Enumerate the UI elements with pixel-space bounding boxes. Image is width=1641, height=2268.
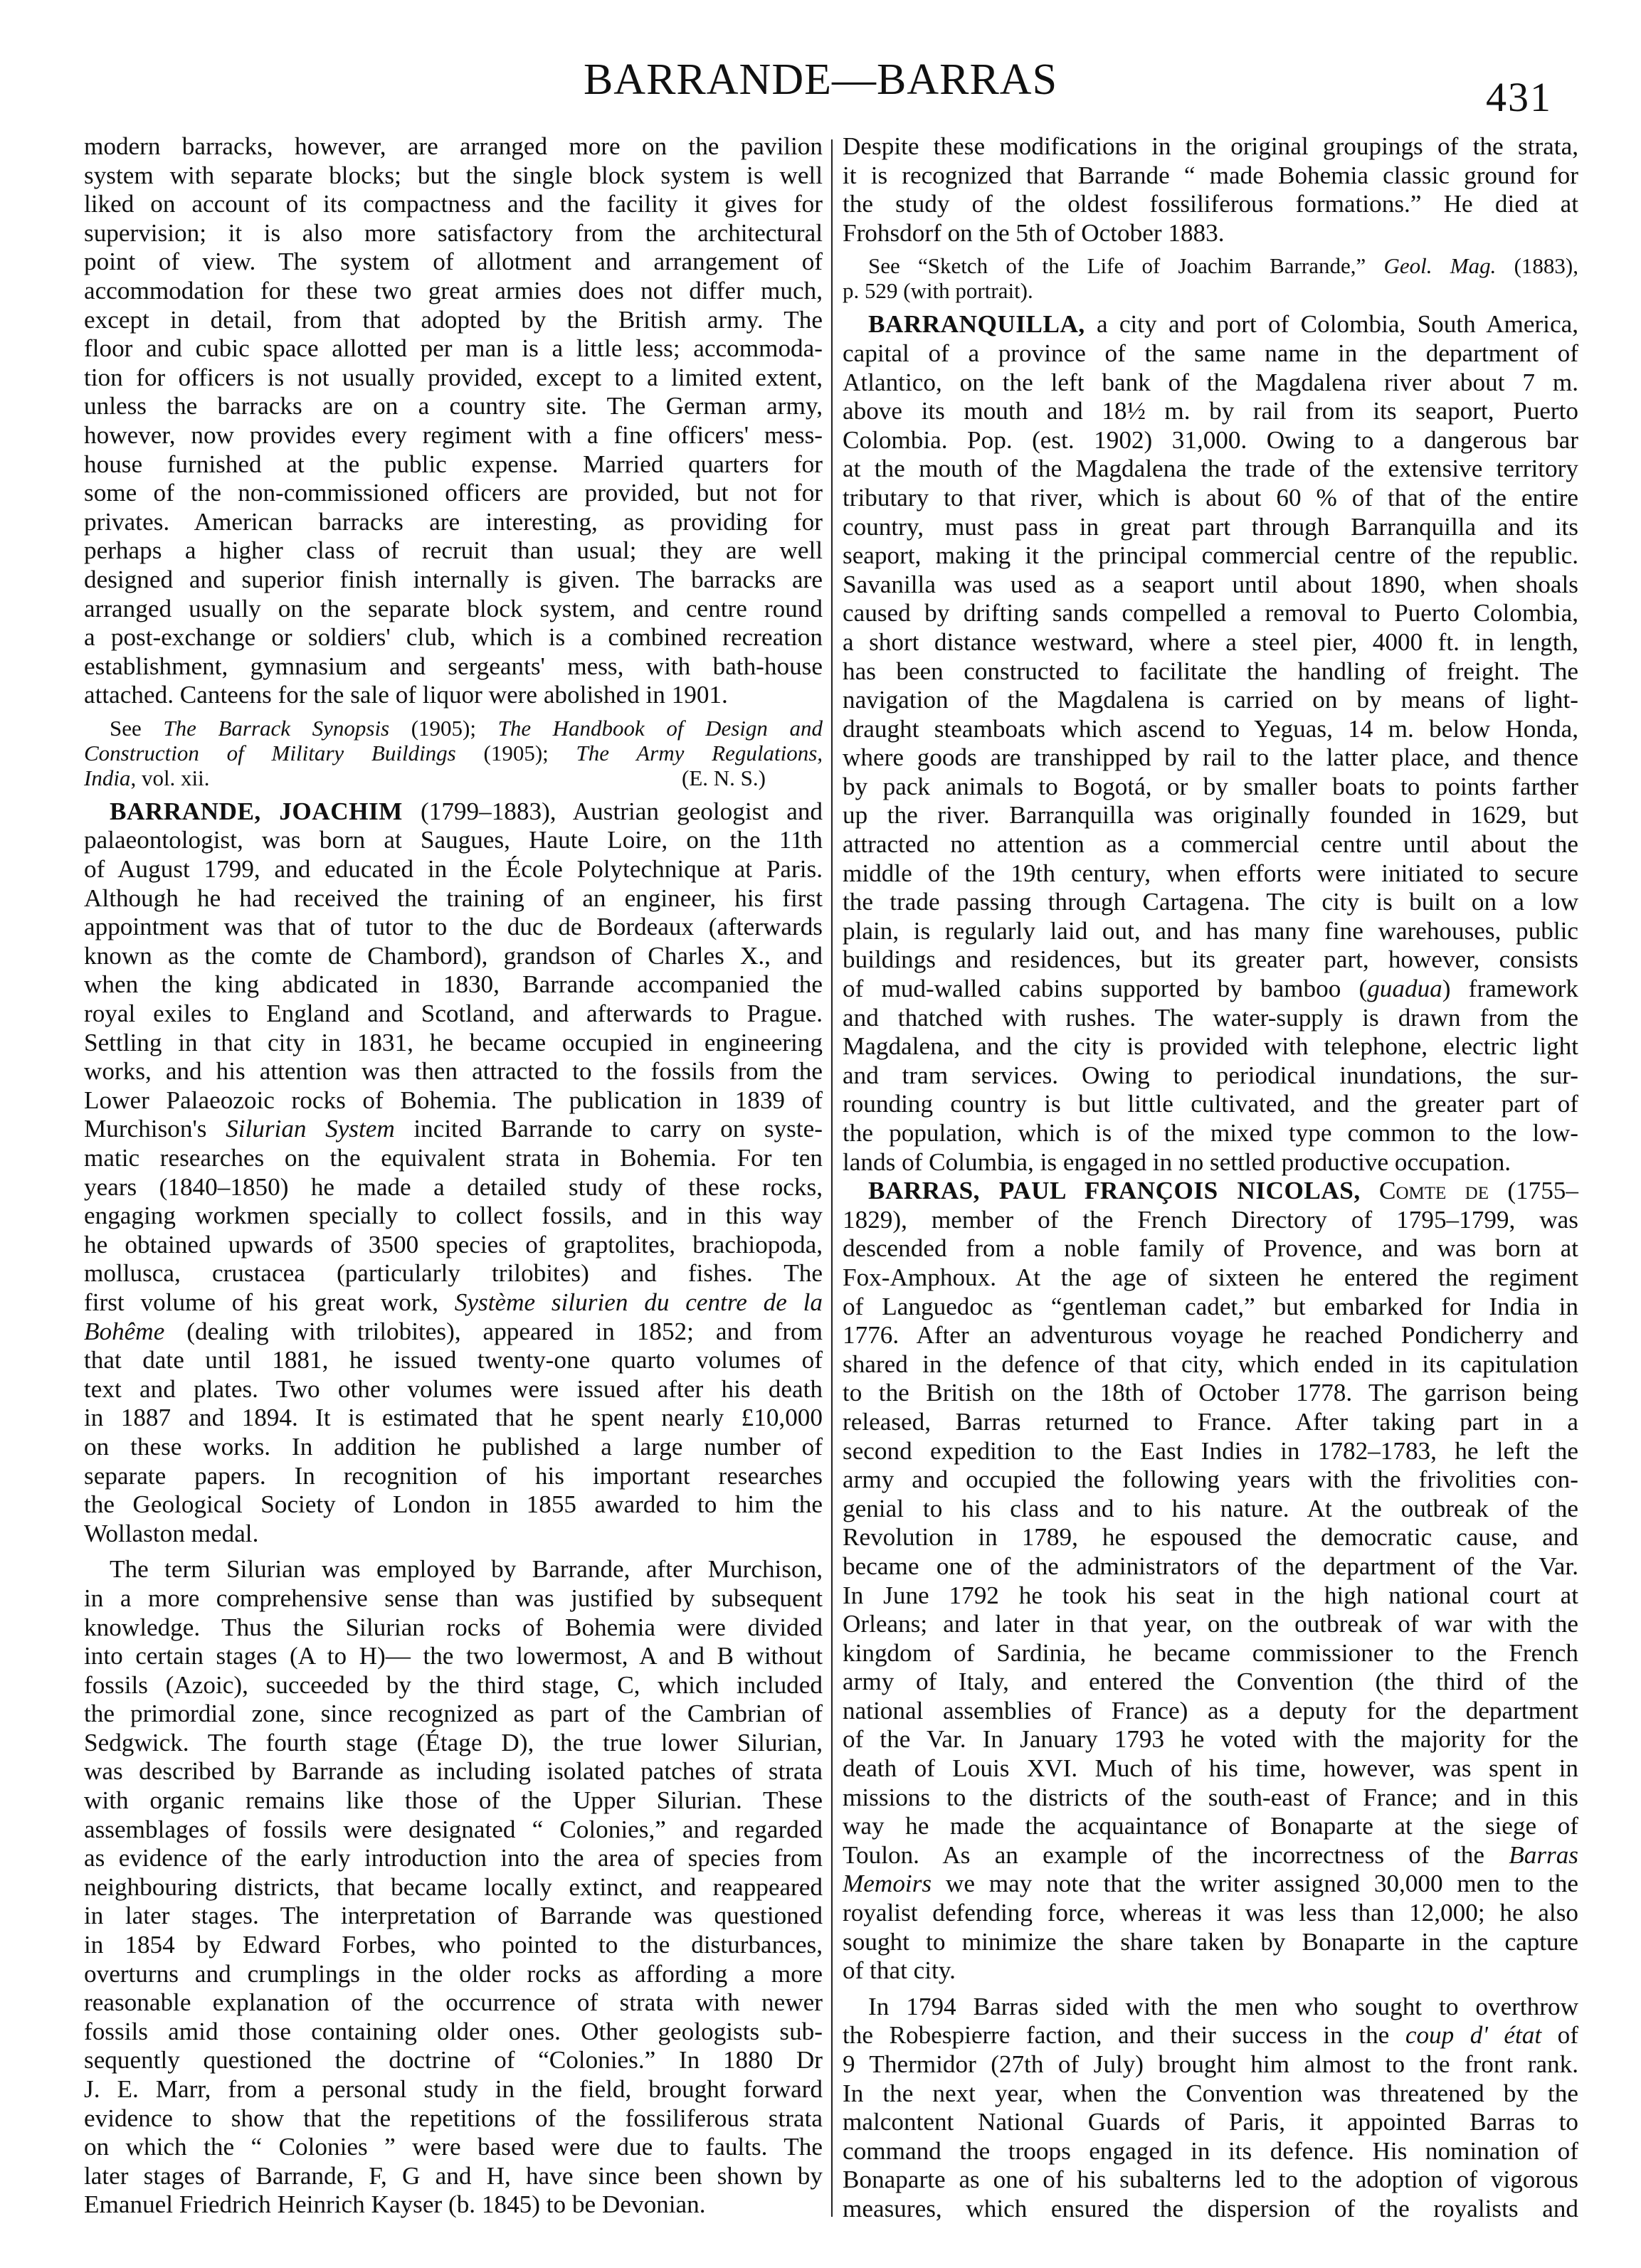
body-line: lands of Columbia, is engaged in no sett… bbox=[843, 1148, 1578, 1177]
body-line: where goods are transhipped by rail to t… bbox=[843, 743, 1578, 773]
body-line: supervision; it is also more satisfactor… bbox=[84, 219, 823, 248]
body-line: Bonaparte as one of his subalterns led t… bbox=[843, 2166, 1578, 2195]
body-line: released, Barras returned to France. Aft… bbox=[843, 1408, 1578, 1437]
entry-headword: BARRAS, PAUL FRANÇOIS NICOLAS, bbox=[868, 1177, 1361, 1204]
body-line: at the mouth of the Magdalena the trade … bbox=[843, 455, 1578, 484]
text-run: See “Sketch of the Life of Joachim Barra… bbox=[868, 253, 1383, 278]
body-line: house furnished at the public expense. M… bbox=[84, 450, 823, 479]
body-line: became one of the administrators of the … bbox=[843, 1552, 1578, 1581]
body-line: some of the non-commissioned officers ar… bbox=[84, 479, 823, 508]
body-line: matic researches on the equivalent strat… bbox=[84, 1144, 823, 1173]
body-line: Sedgwick. The fourth stage (Étage D), th… bbox=[84, 1729, 823, 1758]
body-line: the primordial zone, since recognized as… bbox=[84, 1700, 823, 1729]
entry-title: Comte de bbox=[1379, 1177, 1489, 1204]
body-line: by pack animals to Bogotá, or by smaller… bbox=[843, 773, 1578, 802]
book-title: Memoirs bbox=[843, 1870, 932, 1897]
body-line: tributary to that river, which is about … bbox=[843, 484, 1578, 513]
body-line: fossils amid those containing older ones… bbox=[84, 2018, 823, 2047]
entry-headword: BARRANQUILLA, bbox=[868, 310, 1085, 338]
reference-year: (1905); bbox=[484, 741, 549, 765]
body-line: sought to minimize the share taken by Bo… bbox=[843, 1928, 1578, 1957]
body-line: known as the comte de Chambord), grandso… bbox=[84, 942, 823, 971]
column-divider bbox=[831, 139, 833, 2217]
body-line: accommodation for these two great armies… bbox=[84, 277, 823, 306]
body-line: it is recognized that Barrande “ made Bo… bbox=[843, 161, 1578, 191]
body-line: assemblages of fossils were designated “… bbox=[84, 1816, 823, 1845]
body-line: army and occupied the following years wi… bbox=[843, 1466, 1578, 1495]
body-line: that date until 1881, he issued twenty-o… bbox=[84, 1346, 823, 1375]
body-line: text and plates. Two other volumes were … bbox=[84, 1375, 823, 1404]
body-line: Toulon. As an example of the incorrectne… bbox=[843, 1841, 1578, 1870]
page-header: BARRANDE—BARRAS 431 bbox=[0, 51, 1641, 115]
body-line: attracted no attention as a commercial c… bbox=[843, 830, 1578, 859]
entry-first-line: BARRANQUILLA, a city and port of Colombi… bbox=[843, 310, 1578, 339]
body-line: above its mouth and 18½ m. by rail from … bbox=[843, 397, 1578, 426]
body-line: however, now provides every regiment wit… bbox=[84, 421, 823, 450]
barras-1794-paragraph: In 1794 Barras sided with the men who so… bbox=[843, 1993, 1578, 2224]
running-title: BARRANDE—BARRAS bbox=[0, 51, 1641, 108]
text-run: Toulon. As an example of the incorrectne… bbox=[843, 1841, 1509, 1869]
body-line: 1829), member of the French Directory of… bbox=[843, 1206, 1578, 1235]
body-line: system with separate blocks; but the sin… bbox=[84, 161, 823, 191]
body-line: privates. American barracks are interest… bbox=[84, 508, 823, 537]
text-run: of mud-walled cabins supported by bamboo… bbox=[843, 975, 1367, 1002]
reference-volume: , vol. xii. bbox=[130, 765, 209, 790]
page-number: 431 bbox=[1486, 73, 1552, 122]
body-line: the Robespierre faction, and their succe… bbox=[843, 2021, 1578, 2050]
body-line: seaport, making it the principal commerc… bbox=[843, 541, 1578, 571]
body-line: the Geological Society of London in 1855… bbox=[84, 1490, 823, 1520]
text-run: the Robespierre faction, and their succe… bbox=[843, 2021, 1405, 2049]
body-line: appointment was that of tutor to the duc… bbox=[84, 913, 823, 942]
body-line: Lower Palaeozoic rocks of Bohemia. The p… bbox=[84, 1086, 823, 1116]
body-line: second expedition to the East Indies in … bbox=[843, 1437, 1578, 1466]
body-line: Savanilla was used as a seaport until ab… bbox=[843, 571, 1578, 600]
body-line: perhaps a higher class of recruit than u… bbox=[84, 536, 823, 566]
body-line: Although he had received the training of… bbox=[84, 884, 823, 913]
body-line: years (1840–1850) he made a detailed stu… bbox=[84, 1173, 823, 1202]
entry-first-line: BARRANDE, JOACHIM (1799–1883), Austrian … bbox=[84, 797, 823, 827]
reference-title: The Handbook of Design and bbox=[498, 716, 823, 741]
see-label: See bbox=[110, 716, 142, 741]
reference-title: The Army Regulations, bbox=[576, 741, 823, 765]
text-run: Murchison's bbox=[84, 1115, 226, 1143]
body-line: sequently questioned the doctrine of “Co… bbox=[84, 2046, 823, 2075]
text-run: first volume of his great work, bbox=[84, 1288, 455, 1316]
body-line: In 1794 Barras sided with the men who so… bbox=[843, 1993, 1578, 2022]
body-line: establishment, gymnasium and sergeants' … bbox=[84, 652, 823, 682]
book-title: Barras bbox=[1509, 1841, 1578, 1869]
body-line: modern barracks, however, are arranged m… bbox=[84, 132, 823, 161]
body-line: capital of a province of the same name i… bbox=[843, 339, 1578, 369]
body-line: 9 Thermidor (27th of July) brought him a… bbox=[843, 2050, 1578, 2079]
entry-first-line: BARRAS, PAUL FRANÇOIS NICOLAS, Comte de … bbox=[843, 1177, 1578, 1206]
text-run: we may note that the writer assigned 30,… bbox=[932, 1870, 1578, 1897]
body-line: shared in the defence of that city, whic… bbox=[843, 1350, 1578, 1379]
body-line: neighbouring districts, that became loca… bbox=[84, 1873, 823, 1902]
body-line: royalist defending force, whereas it was… bbox=[843, 1899, 1578, 1928]
body-line: a post-exchange or soldiers' club, which… bbox=[84, 623, 823, 652]
body-line: evidence to show that the repetitions of… bbox=[84, 2104, 823, 2134]
body-line: missions to the districts of the south-e… bbox=[843, 1784, 1578, 1813]
author-signature: (E. N. S.) bbox=[682, 765, 823, 790]
reference-line: p. 529 (with portrait). bbox=[843, 278, 1578, 303]
body-line: palaeontologist, was born at Saugues, Ha… bbox=[84, 826, 823, 855]
body-line: the trade passing through Cartagena. The… bbox=[843, 888, 1578, 917]
body-line: plain, is regularly laid out, and has ma… bbox=[843, 917, 1578, 946]
italic-phrase: coup d' état bbox=[1405, 2021, 1541, 2049]
reference-line: Construction of Military Buildings (1905… bbox=[84, 741, 823, 765]
body-line: was described by Barrande as including i… bbox=[84, 1757, 823, 1786]
body-line: measures, which ensured the dispersion o… bbox=[843, 2195, 1578, 2224]
body-line: middle of the 19th century, when efforts… bbox=[843, 859, 1578, 889]
body-line: when the king abdicated in 1830, Barrand… bbox=[84, 970, 823, 1000]
body-line: and thatched with rushes. The water-supp… bbox=[843, 1004, 1578, 1033]
body-line: Bohême (dealing with trilobites), appear… bbox=[84, 1318, 823, 1347]
body-line: with organic remains like those of the U… bbox=[84, 1786, 823, 1816]
text-run: ) framework bbox=[1442, 975, 1578, 1002]
body-line: malcontent National Guards of Paris, it … bbox=[843, 2108, 1578, 2137]
body-line: has been constructed to facilitate the h… bbox=[843, 657, 1578, 687]
body-line: Colombia. Pop. (est. 1902) 31,000. Owing… bbox=[843, 426, 1578, 455]
body-line: in 1887 and 1894. It is estimated that h… bbox=[84, 1404, 823, 1433]
body-line: national assemblies of France) as a depu… bbox=[843, 1697, 1578, 1726]
entry-body: matic researches on the equivalent strat… bbox=[84, 1144, 823, 1288]
body-line: on which the “ Colonies ” were based wer… bbox=[84, 2133, 823, 2162]
body-line: In the next year, when the Convention wa… bbox=[843, 2079, 1578, 2109]
body-line: In June 1792 he took his seat in the hig… bbox=[843, 1581, 1578, 1611]
body-line: Despite these modifications in the origi… bbox=[843, 132, 1578, 161]
body-line: fossils (Azoic), succeeded by the third … bbox=[84, 1671, 823, 1700]
body-line: later stages of Barrande, F, G and H, ha… bbox=[84, 2162, 823, 2191]
entry-headword: BARRANDE, JOACHIM bbox=[110, 797, 403, 825]
body-line: of mud-walled cabins supported by bamboo… bbox=[843, 975, 1578, 1004]
body-line: in a more comprehensive sense than was j… bbox=[84, 1584, 823, 1613]
text-run: of bbox=[1541, 2021, 1578, 2049]
body-line: arranged usually on the separate block s… bbox=[84, 595, 823, 624]
body-line: Settling in that city in 1831, he became… bbox=[84, 1029, 823, 1058]
text-run: (1883), bbox=[1496, 253, 1578, 278]
reference-line: See The Barrack Synopsis (1905); The Han… bbox=[84, 716, 823, 741]
paragraph-body: 9 Thermidor (27th of July) brought him a… bbox=[843, 2050, 1578, 2224]
body-line: Memoirs we may note that the writer assi… bbox=[843, 1870, 1578, 1899]
body-line: except in detail, from that adopted by t… bbox=[84, 306, 823, 335]
body-line: as evidence of the early introduction in… bbox=[84, 1844, 823, 1873]
silurian-paragraph: The term Silurian was employed by Barran… bbox=[84, 1555, 823, 2220]
body-line: in 1854 by Edward Forbes, who pointed to… bbox=[84, 1931, 823, 1960]
body-line: genial to his class and to his nature. A… bbox=[843, 1495, 1578, 1524]
body-line: navigation of the Magdalena is carried o… bbox=[843, 686, 1578, 715]
body-line: the population, which is of the mixed ty… bbox=[843, 1119, 1578, 1148]
body-line: Emanuel Friedrich Heinrich Kayser (b. 18… bbox=[84, 2190, 823, 2220]
body-line: kingdom of Sardinia, he became commissio… bbox=[843, 1639, 1578, 1668]
body-line: of Languedoc as “gentleman cadet,” but e… bbox=[843, 1293, 1578, 1322]
book-title: Silurian System bbox=[226, 1115, 395, 1143]
body-line: he obtained upwards of 3500 species of g… bbox=[84, 1231, 823, 1260]
barrande-entry: BARRANDE, JOACHIM (1799–1883), Austrian … bbox=[84, 797, 823, 1548]
reference-year: (1905); bbox=[411, 716, 476, 741]
entry-body: that date until 1881, he issued twenty-o… bbox=[84, 1346, 823, 1548]
barrande-conclusion-paragraph: Despite these modifications in the origi… bbox=[843, 132, 1578, 248]
body-line: separate papers. In recognition of his i… bbox=[84, 1462, 823, 1491]
body-line: rounding country is but little cultivate… bbox=[843, 1090, 1578, 1119]
left-column: modern barracks, however, are arranged m… bbox=[84, 132, 823, 2220]
body-line: up the river. Barranquilla was originall… bbox=[843, 801, 1578, 830]
body-line: in later stages. The interpretation of B… bbox=[84, 1902, 823, 1931]
body-line: of August 1799, and educated in the Écol… bbox=[84, 855, 823, 884]
body-line: knowledge. Thus the Silurian rocks of Bo… bbox=[84, 1613, 823, 1643]
body-line: buildings and residences, but its greate… bbox=[843, 945, 1578, 975]
entry-text: (1799–1883), Austrian geologist and bbox=[421, 797, 823, 825]
body-line: 1776. After an adventurous voyage he rea… bbox=[843, 1321, 1578, 1350]
body-line: tion for officers is not usually provide… bbox=[84, 364, 823, 393]
body-line: J. E. Marr, from a personal study in the… bbox=[84, 2075, 823, 2104]
body-line: point of view. The system of allotment a… bbox=[84, 248, 823, 277]
body-line: descended from a noble family of Provenc… bbox=[843, 1234, 1578, 1263]
body-line: reasonable explanation of the occurrence… bbox=[84, 1988, 823, 2018]
body-line: army of Italy, and entered the Conventio… bbox=[843, 1668, 1578, 1697]
body-line: designed and superior finish internally … bbox=[84, 566, 823, 595]
body-line: overturns and crumplings in the older ro… bbox=[84, 1960, 823, 1989]
text-run: (dealing with trilobites), appeared in 1… bbox=[164, 1318, 823, 1345]
text-run: (1755– bbox=[1489, 1177, 1578, 1204]
body-line: and tram services. Owing to periodical i… bbox=[843, 1061, 1578, 1091]
body-line: way he made the acquaintance of Bonapart… bbox=[843, 1812, 1578, 1841]
entry-body: capital of a province of the same name i… bbox=[843, 339, 1578, 975]
body-line: to the British on the 18th of October 17… bbox=[843, 1379, 1578, 1408]
text-run: incited Barrande to carry on syste- bbox=[395, 1115, 823, 1143]
entry-body: 1829), member of the French Directory of… bbox=[843, 1206, 1578, 1841]
body-line: into certain stages (A to H)— the two lo… bbox=[84, 1642, 823, 1671]
body-line: of that city. bbox=[843, 1956, 1578, 1986]
body-line: Frohsdorf on the 5th of October 1883. bbox=[843, 219, 1578, 248]
italic-term: guadua bbox=[1367, 975, 1442, 1002]
body-line: works, and his attention was then attrac… bbox=[84, 1057, 823, 1086]
body-line: the study of the oldest fossiliferous fo… bbox=[843, 190, 1578, 219]
body-line: floor and cubic space allotted per man i… bbox=[84, 334, 823, 364]
reference-title: The Barrack Synopsis bbox=[163, 716, 389, 741]
reference-line: See “Sketch of the Life of Joachim Barra… bbox=[843, 253, 1578, 278]
body-line: country, must pass in great part through… bbox=[843, 513, 1578, 542]
entry-body: palaeontologist, was born at Saugues, Ha… bbox=[84, 826, 823, 1115]
body-line: of the Var. In January 1793 he voted wit… bbox=[843, 1725, 1578, 1754]
body-line: caused by drifting sands compelled a rem… bbox=[843, 599, 1578, 628]
body-line: a short distance westward, where a steel… bbox=[843, 628, 1578, 657]
body-line: Orleans; and later in that year, on the … bbox=[843, 1610, 1578, 1639]
right-column: Despite these modifications in the origi… bbox=[843, 132, 1578, 2224]
reference-line: India, vol. xii.(E. N. S.) bbox=[84, 765, 823, 790]
journal-title: Geol. Mag. bbox=[1383, 253, 1496, 278]
body-line: royal exiles to England and Scotland, an… bbox=[84, 1000, 823, 1029]
entry-body: royalist defending force, whereas it was… bbox=[843, 1899, 1578, 1986]
body-line: liked on account of its compactness and … bbox=[84, 190, 823, 219]
body-line: The term Silurian was employed by Barran… bbox=[84, 1555, 823, 1584]
body-line: death of Louis XVI. Much of his time, ho… bbox=[843, 1754, 1578, 1784]
body-line: on these works. In addition he published… bbox=[84, 1433, 823, 1462]
barrande-reference: See “Sketch of the Life of Joachim Barra… bbox=[843, 253, 1578, 303]
body-line: Fox-Amphoux. At the age of sixteen he en… bbox=[843, 1263, 1578, 1293]
body-line: attached. Canteens for the sale of liquo… bbox=[84, 681, 823, 710]
barracks-references: See The Barrack Synopsis (1905); The Han… bbox=[84, 716, 823, 790]
body-line: Murchison's Silurian System incited Barr… bbox=[84, 1115, 823, 1144]
body-line: unless the barracks are on a country sit… bbox=[84, 392, 823, 421]
body-line: Wollaston medal. bbox=[84, 1520, 823, 1549]
body-line: engaging workmen specially to collect fo… bbox=[84, 1202, 823, 1231]
book-title: Bohême bbox=[84, 1318, 164, 1345]
body-line: Atlantico, on the left bank of the Magda… bbox=[843, 369, 1578, 398]
body-line: command the troops engaged in its defenc… bbox=[843, 2137, 1578, 2166]
body-line: first volume of his great work, Système … bbox=[84, 1288, 823, 1318]
body-line: draught steamboats which ascend to Yegua… bbox=[843, 715, 1578, 744]
text-run: a city and port of Colombia, South Ameri… bbox=[1085, 310, 1578, 338]
barras-entry: BARRAS, PAUL FRANÇOIS NICOLAS, Comte de … bbox=[843, 1177, 1578, 1986]
reference-title: Construction of Military Buildings bbox=[84, 741, 456, 765]
book-title: Système silurien du centre de la bbox=[455, 1288, 823, 1316]
body-line: Revolution in 1789, he espoused the demo… bbox=[843, 1523, 1578, 1552]
reference-place: India bbox=[84, 765, 130, 790]
entry-body: and thatched with rushes. The water-supp… bbox=[843, 1004, 1578, 1177]
body-line: Magdalena, and the city is provided with… bbox=[843, 1032, 1578, 1061]
barranquilla-entry: BARRANQUILLA, a city and port of Colombi… bbox=[843, 310, 1578, 1177]
barracks-continuation-paragraph: modern barracks, however, are arranged m… bbox=[84, 132, 823, 710]
body-line: mollusca, crustacea (particularly trilob… bbox=[84, 1259, 823, 1288]
